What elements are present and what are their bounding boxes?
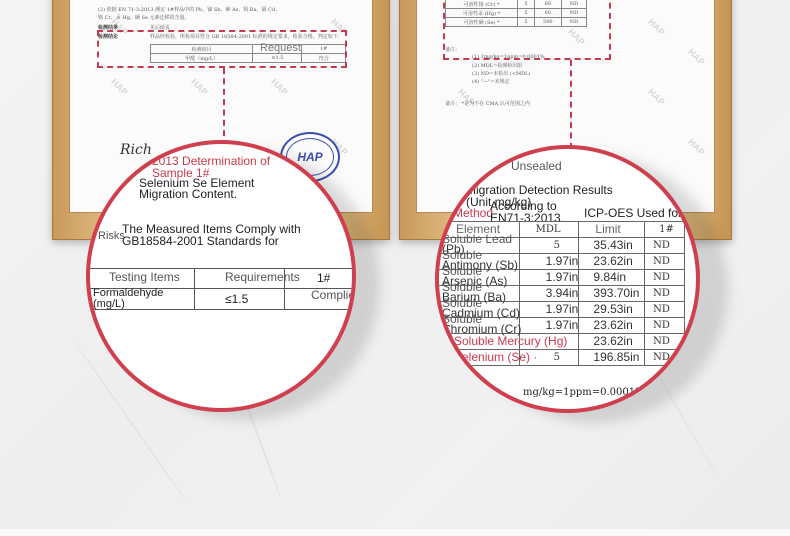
table-row: SolubleChromium (Cr)1.97in23.62inND [436,318,685,334]
footer-note: mg/kg=1ppm=0.0001% [523,387,645,398]
result-cell: ND [645,254,685,270]
header-sample: 1# [317,273,330,284]
header-cell: Requirements [195,269,285,289]
limit-cell: 196.85in [579,350,645,366]
item-line: (mg/L) [93,299,125,310]
element-cell: SolubleChromium (Cr) [436,318,520,334]
result-cell: ND [645,334,685,350]
header-testing-items: Testing Items [109,272,180,283]
watermark: HAP [189,77,210,98]
heading-dark-line: Migration Content. [139,189,237,200]
left-magnifier: 2013 Determination of Sample 1# Selenium… [86,140,356,412]
row-cell-requirement: ≤1.5 [195,289,285,310]
unsealed-text: Unsealed [511,161,562,172]
signature: Rich [120,142,152,158]
limit-value: 196.85in [593,352,639,363]
header-limit: Limit [595,224,620,235]
header-cell: 1# [645,222,685,238]
result-value: ND [653,336,670,347]
mdl-value: 3.94in [546,288,579,299]
watermark: HAP [109,77,130,98]
mdl-value: 1.97in [546,256,579,267]
result-value: ND [653,240,670,251]
highlight-dashed-box [97,30,347,68]
row-cell-item: Formaldehyde (mg/L) [89,289,195,310]
table-row: Soluble Mercury (Hg)23.62inND [436,334,685,350]
limit-value: 9.84in [593,272,626,283]
right-result-table: ElementMDLLimit1#Soluble Lead(Pb)535.43i… [435,221,685,366]
doc-line: 铬 Cr、汞 Hg、硒 Se 元素迁移的含量。 [98,14,190,21]
watermark: HAP [686,47,707,68]
result-value: ND [653,272,670,283]
requirement-value: ≤1.5 [225,294,248,305]
result-value: ND [653,352,670,363]
limit-value: 23.62in [593,320,632,331]
mdl-cell: 3.94in [519,286,579,302]
limit-value: 35.43in [593,240,632,251]
mdl-cell: 1.97in [519,302,579,318]
mdl-cell: 1.97in [519,318,579,334]
comply-text-line: GB18584-2001 Standards for [122,236,279,247]
bottom-strip [0,529,790,536]
result-value: ND [653,288,670,299]
watermark: HAP [646,17,667,38]
header-cell: Testing Items [89,269,195,289]
method-label: Method [453,208,493,219]
icp-text: ICP-OES Used for [584,208,682,219]
mdl-cell [519,334,579,350]
limit-cell: 9.84in [579,270,645,286]
footnote: 备注： *是为不在 CMA 认可范围之内 [445,100,530,107]
limit-cell: 35.43in [579,238,645,254]
element-cell: Soluble Mercury (Hg) [436,334,520,350]
limit-value: 29.53in [593,304,632,315]
header-mdl: MDL [536,224,561,235]
limit-cell: 393.70in [579,286,645,302]
result-value: ND [653,304,670,315]
result-value: ND [653,256,670,267]
result-cell: ND [645,286,685,302]
limit-value: 393.70in [593,288,639,299]
table-row: Selenium (Se) ·5196.85inND [436,350,685,366]
mdl-value: 5 [554,240,560,251]
mdl-value: 5 [554,352,560,363]
note-line: (3) ND=未检出 (<MDL) [472,70,530,77]
limit-value: 23.62in [593,336,632,347]
right-magnifier: Unsealed Migration Detection Results (Un… [435,145,700,413]
header-cell: MDL [519,222,579,238]
header-cell: Limit [579,222,645,238]
limit-value: 23.62in [593,256,632,267]
header-cell: 1# [285,269,357,289]
result-cell: ND [645,302,685,318]
watermark: HAP [269,77,290,98]
mdl-value: 1.97in [546,272,579,283]
result-cell: ND [645,350,685,366]
result-value: Complies with [311,290,356,301]
result-cell: ND [645,270,685,286]
result-cell: ND [645,318,685,334]
mdl-value: 1.97in [546,320,579,331]
note-line: (2) MDL=检测检出限 [472,62,522,69]
result-cell: ND [645,238,685,254]
mdl-cell: 5 [519,350,579,366]
mdl-cell: 1.97in [519,270,579,286]
limit-cell: 23.62in [579,254,645,270]
limit-cell: 29.53in [579,302,645,318]
watermark: HAP [646,87,667,108]
watermark: HAP [686,137,707,158]
header-1-: 1# [659,224,674,235]
mdl-cell: 5 [519,238,579,254]
highlight-dashed-box [443,0,611,60]
left-result-table: Testing Items Requirements 1# Formaldehy… [88,268,356,310]
limit-cell: 23.62in [579,318,645,334]
element-cell: Selenium (Se) · [436,350,520,366]
risks-label: Risks [98,231,125,242]
doc-line: (2) 依据 EN 71-3:2013 测定 1#样品中的 Pb、锑 Sb、砷 … [98,6,280,13]
mdl-cell: 1.97in [519,254,579,270]
row-cell-result: Complies with [285,289,357,310]
mdl-value: 1.97in [546,304,579,315]
limit-cell: 23.62in [579,334,645,350]
result-value: ND [653,320,670,331]
note-line: (4) "—"=未规定 [472,78,509,85]
